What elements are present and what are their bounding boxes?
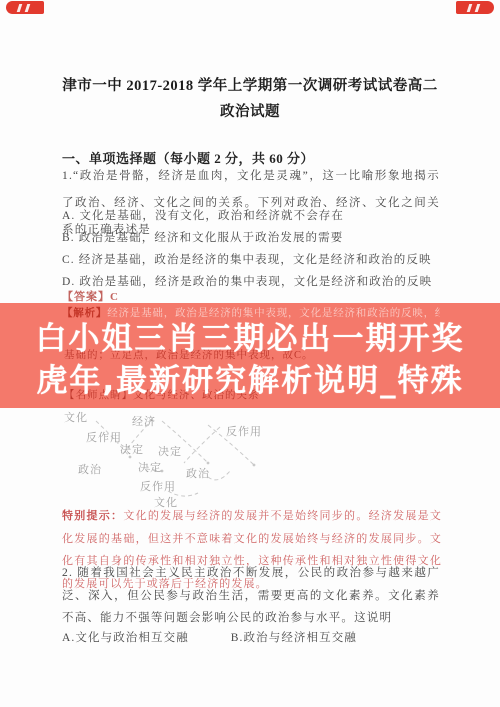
answer-label: 【答案】C	[62, 288, 119, 304]
diagram-node-label: 政治	[78, 461, 102, 477]
option-label: D.	[62, 276, 75, 288]
diagram-edge-label: 反作用	[140, 478, 176, 494]
diagram-node-label: 政治	[186, 465, 210, 481]
option-label: B.	[62, 232, 75, 244]
special-note-label: 特别提示：	[62, 510, 123, 522]
exam-document-page: 津市一中 2017-2018 学年上学期第一次调研考试试卷高二政治试题 一、单项…	[0, 0, 500, 707]
relationship-sketch-diagram: 文化 经济 反作用 反作用 决定 决定 政治 决定 政治 反作用 文化	[58, 405, 308, 510]
option-text: 政治是基础，经济和文化服从于政治发展的需要	[79, 232, 344, 244]
diagram-edge-label: 决定	[158, 443, 182, 459]
question1-options: A.文化是基础，没有文化，政治和经济就不会存在 B.政治是基础，经济和文化服从于…	[62, 207, 440, 295]
diagram-edge-label: 决定	[120, 441, 144, 457]
option-label: B.	[231, 632, 244, 644]
sketch-arrows	[58, 405, 308, 510]
ribbon-slash-icon	[467, 4, 473, 12]
option-c: C.经济是基础，政治是经济的集中表现，文化是经济和政治的反映	[62, 251, 440, 273]
option-a: A.文化与政治相互交融	[62, 629, 189, 645]
diagram-edge-label: 反作用	[226, 423, 262, 439]
option-text: 文化与政治相互交融	[75, 632, 188, 644]
option-label: A.	[62, 632, 75, 644]
diagram-edge-label: 反作用	[86, 429, 122, 445]
spam-headline-line1[interactable]: 白小姐三肖三期必出一期开奖	[0, 313, 500, 358]
option-text: 经济是基础，政治是经济的集中表现，文化是经济和政治的反映	[79, 254, 432, 266]
corner-ribbon-left-icon	[6, 1, 44, 14]
spam-overlay-banner[interactable]: 【解析】经济是基础，政治是经济的集中表现，文化是经济和政治的反映，经济决定政治文…	[0, 303, 500, 408]
corner-ribbon-right-icon	[456, 1, 494, 14]
diagram-node-label: 文化	[64, 409, 88, 425]
diagram-edge-label: 决定	[138, 459, 162, 475]
diagram-node-label: 经济	[132, 413, 156, 429]
option-label: A.	[62, 210, 75, 222]
spam-headline-line2[interactable]: 虎年,最新研究解析说明_特殊	[0, 355, 500, 400]
option-text: 文化是基础，没有文化，政治和经济就不会存在	[79, 210, 344, 222]
option-b: B.政治与经济相互交融	[231, 629, 357, 645]
option-b: B.政治是基础，经济和文化服从于政治发展的需要	[62, 229, 440, 251]
option-text: 政治与经济相互交融	[244, 632, 357, 644]
option-a: A.文化是基础，没有文化，政治和经济就不会存在	[62, 207, 440, 229]
option-label: C.	[62, 254, 75, 266]
question2-text: 2. 随着我国社会主义民主政治不断发展，公民的政治参与越来越广泛、深入，但公民参…	[62, 562, 440, 630]
ribbon-slash-icon	[25, 4, 31, 12]
exam-title: 津市一中 2017-2018 学年上学期第一次调研考试试卷高二政治试题	[60, 73, 440, 125]
ribbon-slash-icon	[475, 4, 481, 12]
question2-options: A.文化与政治相互交融 B.政治与经济相互交融	[62, 629, 357, 645]
ribbon-slash-icon	[17, 4, 23, 12]
option-text: 政治是基础，经济是政治的集中表现，文化是经济和政治的反映	[79, 276, 432, 288]
